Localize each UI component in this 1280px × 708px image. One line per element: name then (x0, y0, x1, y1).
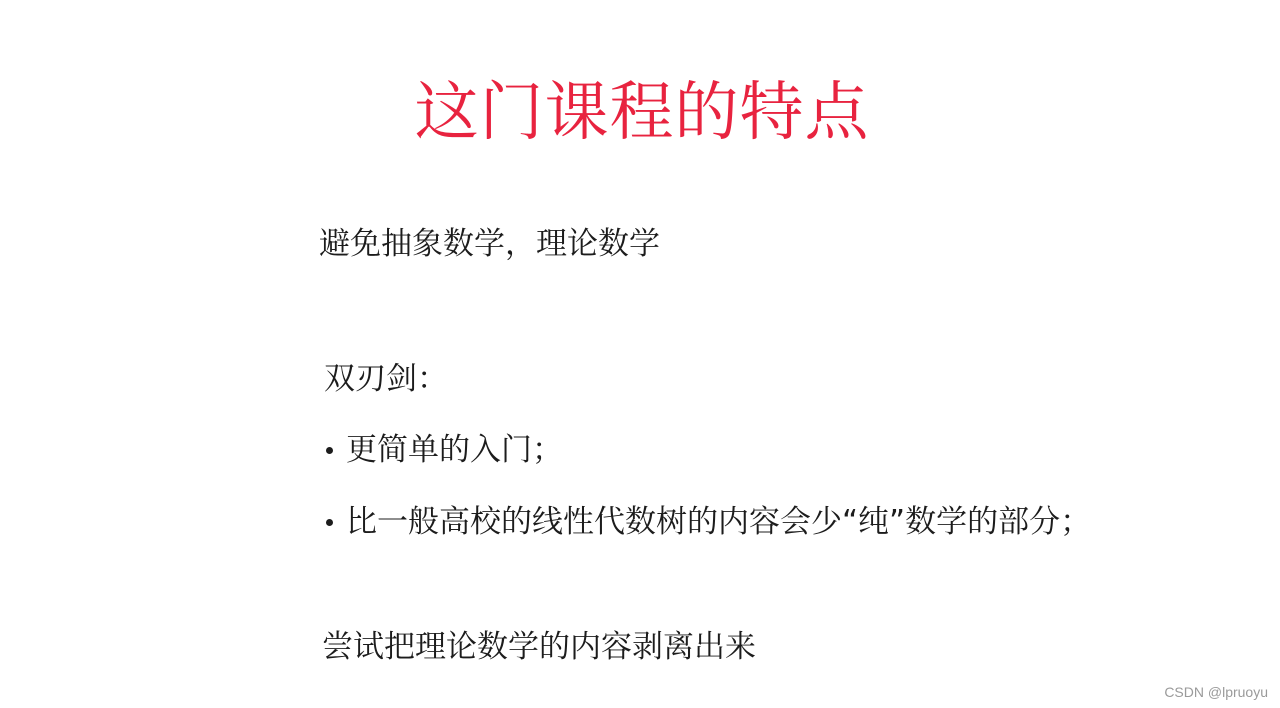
point-avoid-abstract-math: 避免抽象数学，理论数学 (319, 224, 660, 264)
bullet-text: 比一般高校的线性代数树的内容会少“纯”数学的部分； (346, 502, 1091, 542)
bullet-text: 更简单的入门； (346, 430, 563, 470)
bullet-dot-icon (326, 447, 333, 454)
watermark: CSDN @lpruoyu (1164, 684, 1268, 700)
bullet-item: 更简单的入门； (324, 430, 563, 470)
slide: 这门课程的特点 避免抽象数学，理论数学 双刃剑： 更简单的入门； 比一般高校的线… (0, 0, 1280, 708)
bullet-item: 比一般高校的线性代数树的内容会少“纯”数学的部分； (324, 502, 1091, 542)
point-separate-theory: 尝试把理论数学的内容剥离出来 (322, 627, 756, 667)
double-edged-sword-heading: 双刃剑： (324, 359, 448, 399)
bullet-dot-icon (326, 519, 333, 526)
slide-title: 这门课程的特点 (0, 68, 1280, 158)
